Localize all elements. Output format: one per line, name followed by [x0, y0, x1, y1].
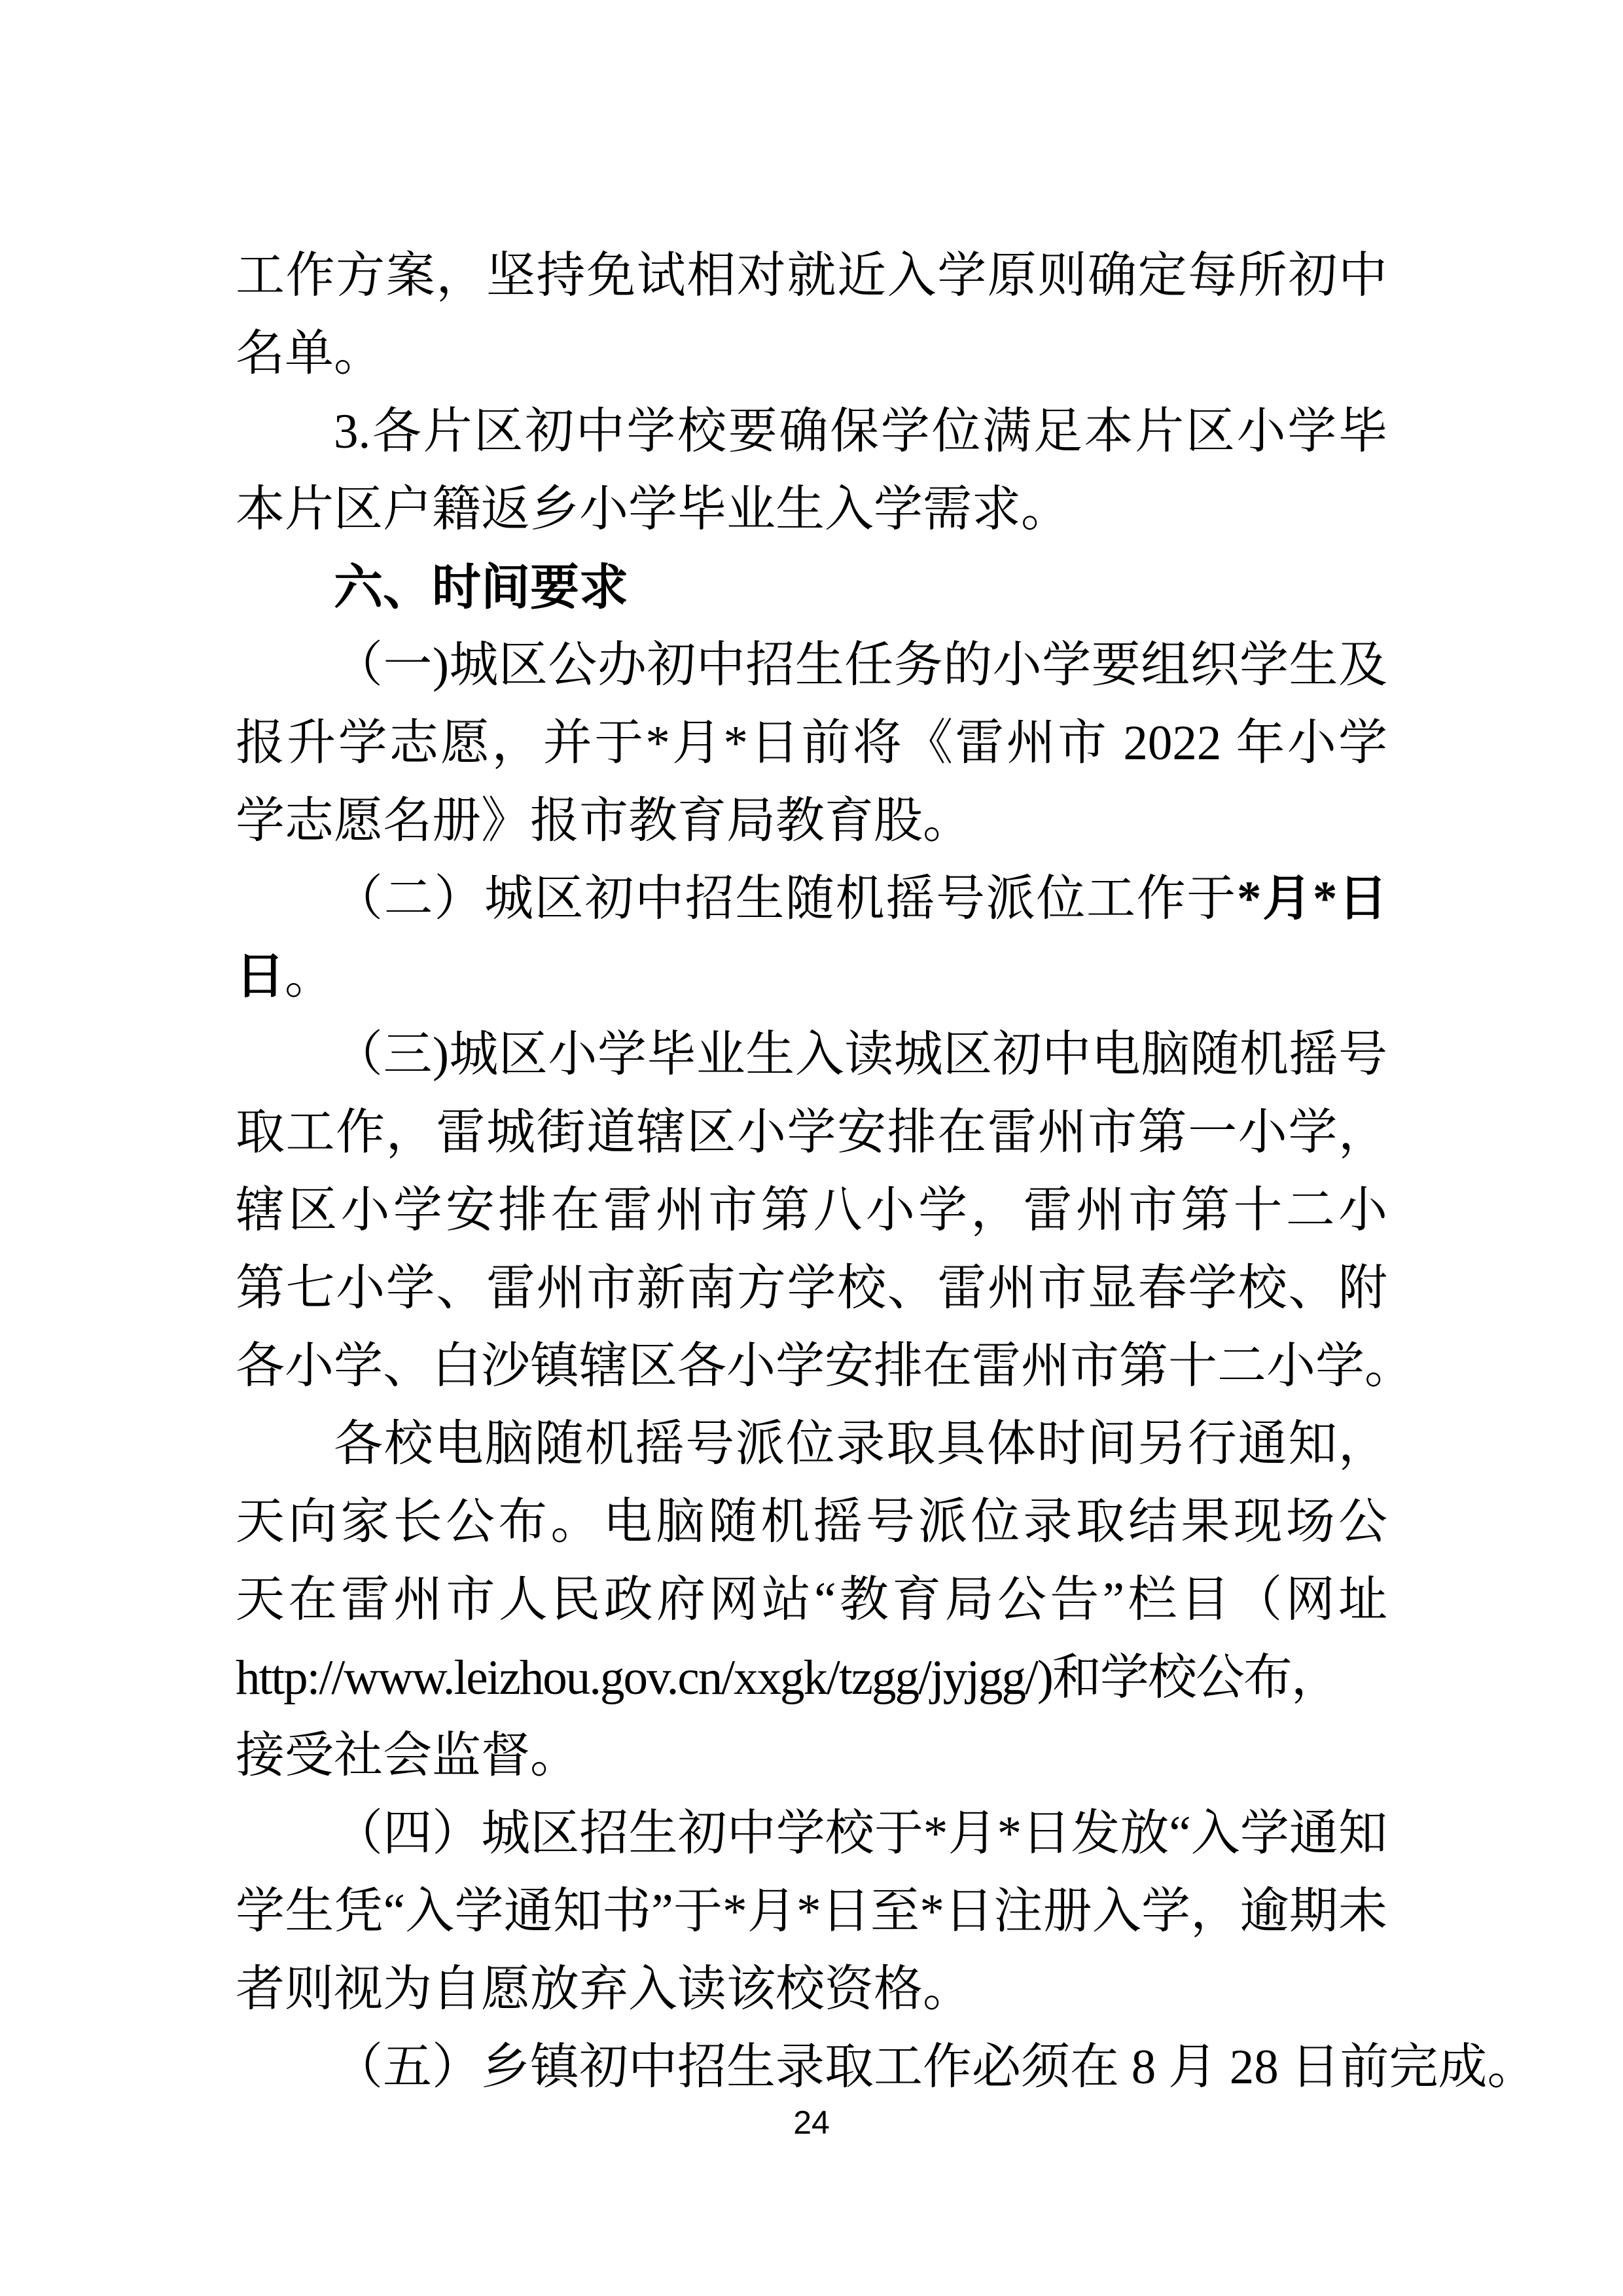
text-run: 学生凭“入学通知书”于*月*日至*日注册入学，逾期未注册	[236, 1884, 1387, 1950]
text-run: 各小学、白沙镇辖区各小学安排在雷州市第十二小学。	[236, 1339, 1414, 1393]
text-run: 日	[236, 950, 285, 1004]
text-run: 工作方案，坚持免试相对就近入学原则确定每所初中入读学生	[236, 249, 1387, 315]
text-line: 日。	[236, 938, 1387, 1016]
text-run: （二）城区初中招生随机摇号派位工作于	[334, 872, 1237, 926]
text-line: 者则视为自愿放弃入读该校资格。	[236, 1950, 1387, 2028]
section-heading: 六、时间要求	[236, 548, 1387, 626]
text-line: 各小学、白沙镇辖区各小学安排在雷州市第十二小学。	[236, 1327, 1387, 1405]
text-line: http://www.leizhou.gov.cn/xxgk/tzgg/jyjg…	[236, 1639, 1387, 1717]
text-run: 取工作，雷城街道辖区小学安排在雷州市第一小学，新城街道	[236, 1105, 1387, 1172]
text-run: 学志愿名册》报市教育局教育股。	[236, 794, 972, 848]
text-line: 天在雷州市人民政府网站“教育局公告”栏目（网址	[236, 1561, 1387, 1639]
text-line: 各校电脑随机摇号派位录取具体时间另行通知，提前 1	[236, 1405, 1387, 1483]
text-run: 辖区小学安排在雷州市第八小学，雷州市第十二小学、雷州市	[236, 1183, 1387, 1249]
text-line: 天向家长公布。电脑随机摇号派位录取结果现场公开，并于当	[236, 1483, 1387, 1561]
text-line: 学志愿名册》报市教育局教育股。	[236, 782, 1387, 860]
text-run: 天向家长公布。电脑随机摇号派位录取结果现场公开，并于当	[236, 1495, 1387, 1561]
text-run: 报升学志愿，并于*月*日前将《雷州市 2022 年小学毕业生升	[236, 716, 1387, 782]
text-run: （三)城区小学毕业生入读城区初中电脑随机摇号派位录	[236, 1028, 1387, 1094]
text-line: （五）乡镇初中招生录取工作必须在 8 月 28 日前完成。	[236, 2028, 1387, 2106]
text-line: 取工作，雷城街道辖区小学安排在雷州市第一小学，新城街道	[236, 1094, 1387, 1172]
text-run: （五）乡镇初中招生录取工作必须在 8 月 28 日前完成。	[334, 2040, 1537, 2094]
text-run: 天在雷州市人民政府网站“教育局公告”栏目（网址	[236, 1573, 1387, 1627]
text-line: （二）城区初中招生随机摇号派位工作于*月*日至*月*	[236, 860, 1387, 938]
document-body: 工作方案，坚持免试相对就近入学原则确定每所初中入读学生名单。3.各片区初中学校要…	[236, 237, 1387, 2106]
text-line: 接受社会监督。	[236, 1717, 1387, 1795]
text-run: 3.各片区初中学校要确保学位满足本片区小学毕业生及	[236, 404, 1387, 471]
text-run: 者则视为自愿放弃入读该校资格。	[236, 1962, 972, 2017]
text-run: 六、时间要求	[334, 560, 628, 615]
page-number: 24	[0, 2102, 1623, 2143]
text-run: 本片区户籍返乡小学毕业生入学需求。	[236, 482, 1070, 537]
text-line: 学生凭“入学通知书”于*月*日至*日注册入学，逾期未注册	[236, 1873, 1387, 1950]
text-line: 第七小学、雷州市新南方学校、雷州市显春学校、附城镇辖区	[236, 1249, 1387, 1327]
text-line: 3.各片区初中学校要确保学位满足本片区小学毕业生及	[236, 393, 1387, 471]
text-run: 和学校公布，	[1052, 1651, 1339, 1705]
text-line: 工作方案，坚持免试相对就近入学原则确定每所初中入读学生	[236, 237, 1387, 315]
text-line: 本片区户籍返乡小学毕业生入学需求。	[236, 471, 1387, 548]
text-run: （四）城区招生初中学校于*月*日发放“入学通知书”，	[236, 1806, 1387, 1873]
text-line: 名单。	[236, 315, 1387, 393]
text-line: 报升学志愿，并于*月*日前将《雷州市 2022 年小学毕业生升	[236, 704, 1387, 782]
text-run: （一)城区公办初中招生任务的小学要组织学生及家长填	[236, 638, 1387, 704]
text-run: 接受社会监督。	[236, 1729, 579, 1783]
text-run: 。	[285, 950, 334, 1004]
text-run: 各校电脑随机摇号派位录取具体时间另行通知，提前 1	[236, 1417, 1387, 1483]
text-line: （三)城区小学毕业生入读城区初中电脑随机摇号派位录	[236, 1016, 1387, 1094]
url-text-run: http://www.leizhou.gov.cn/xxgk/tzgg/jyjg…	[236, 1651, 1052, 1705]
document-page: 工作方案，坚持免试相对就近入学原则确定每所初中入读学生名单。3.各片区初中学校要…	[0, 0, 1623, 2296]
text-run: 第七小学、雷州市新南方学校、雷州市显春学校、附城镇辖区	[236, 1261, 1387, 1327]
text-line: （四）城区招生初中学校于*月*日发放“入学通知书”，	[236, 1795, 1387, 1873]
text-line: 辖区小学安排在雷州市第八小学，雷州市第十二小学、雷州市	[236, 1172, 1387, 1249]
text-line: （一)城区公办初中招生任务的小学要组织学生及家长填	[236, 626, 1387, 704]
text-run: 名单。	[236, 327, 383, 381]
